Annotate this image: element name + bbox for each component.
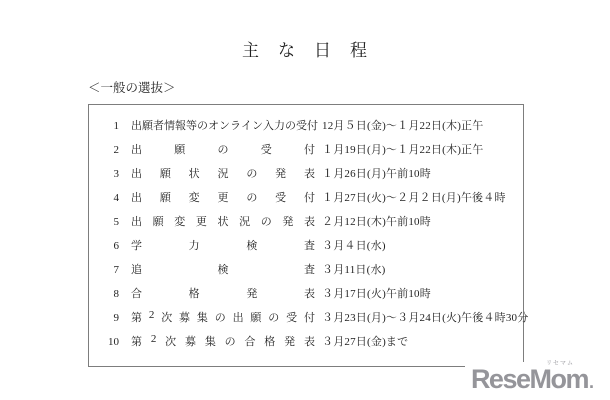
row-label: 出願の受付 — [131, 141, 315, 157]
schedule-table: 1 出願者情報等のオンライン入力の受付 12月５日(金)～１月22日(木)正午 … — [88, 104, 524, 367]
schedule-row: 10 第2次募集の合格発表 ３月27日(金)まで — [89, 333, 523, 357]
section-label-general-selection: ＜一般の選抜＞ — [88, 78, 610, 96]
row-date: ３月23日(月)～３月24日(火)午後４時30分 — [322, 309, 528, 325]
document-title: 主 な 日 程 — [0, 36, 610, 61]
logo-text-row: ReseMom . — [471, 366, 594, 393]
schedule-row: 4 出願変更の受付 １月27日(火)～２月２日(月)午後４時 — [89, 189, 523, 213]
row-number: 6 — [99, 240, 119, 252]
row-date: ３月４日(水) — [322, 237, 386, 253]
schedule-row: 6 学力検査 ３月４日(水) — [89, 237, 523, 261]
document-page: 主 な 日 程 ＜一般の選抜＞ 1 出願者情報等のオンライン入力の受付 12月５… — [0, 0, 610, 400]
schedule-row: 1 出願者情報等のオンライン入力の受付 12月５日(金)～１月22日(木)正午 — [89, 117, 523, 141]
row-label: 追検査 — [131, 261, 315, 277]
row-date: ３月17日(火)午前10時 — [322, 285, 431, 301]
logo-ruby-text: リセマム — [546, 361, 574, 367]
schedule-row: 2 出願の受付 １月19日(月)～１月22日(木)正午 — [89, 141, 523, 165]
logo-period: . — [589, 373, 594, 391]
row-label: 第2次募集の合格発表 — [131, 333, 315, 349]
row-number: 10 — [99, 336, 119, 348]
row-number: 1 — [99, 120, 119, 132]
row-label: 出願状況の発表 — [131, 165, 315, 181]
row-number: 3 — [99, 168, 119, 180]
row-label: 合格発表 — [131, 285, 315, 301]
schedule-row: 5 出願変更状況の発表 ２月12日(木)午前10時 — [89, 213, 523, 237]
row-date: １月19日(月)～１月22日(木)正午 — [322, 141, 483, 157]
row-date: ３月11日(水) — [322, 261, 386, 277]
row-number: 2 — [99, 144, 119, 156]
row-number: 9 — [99, 312, 119, 324]
row-date: １月27日(火)～２月２日(月)午後４時 — [322, 189, 506, 205]
row-date: 12月５日(金)～１月22日(木)正午 — [322, 117, 483, 133]
row-date: １月26日(月)午前10時 — [322, 165, 431, 181]
resemom-watermark-logo: リセマム ReseMom . — [465, 362, 596, 393]
row-label: 第2次募集の出願の受付 — [131, 309, 315, 325]
schedule-row: 3 出願状況の発表 １月26日(月)午前10時 — [89, 165, 523, 189]
row-label: 出願変更の受付 — [131, 189, 315, 205]
row-number: 7 — [99, 264, 119, 276]
row-date: ３月27日(金)まで — [322, 333, 408, 349]
row-label: 学力検査 — [131, 237, 315, 253]
row-number: 8 — [99, 288, 119, 300]
row-number: 5 — [99, 216, 119, 228]
row-number: 4 — [99, 192, 119, 204]
row-label: 出願者情報等のオンライン入力の受付 — [131, 117, 315, 133]
row-date: ２月12日(木)午前10時 — [322, 213, 431, 229]
schedule-row: 8 合格発表 ３月17日(火)午前10時 — [89, 285, 523, 309]
schedule-row: 7 追検査 ３月11日(水) — [89, 261, 523, 285]
schedule-row: 9 第2次募集の出願の受付 ３月23日(月)～３月24日(火)午後４時30分 — [89, 309, 523, 333]
logo-text: ReseMom — [471, 366, 588, 393]
row-label: 出願変更状況の発表 — [131, 213, 315, 229]
